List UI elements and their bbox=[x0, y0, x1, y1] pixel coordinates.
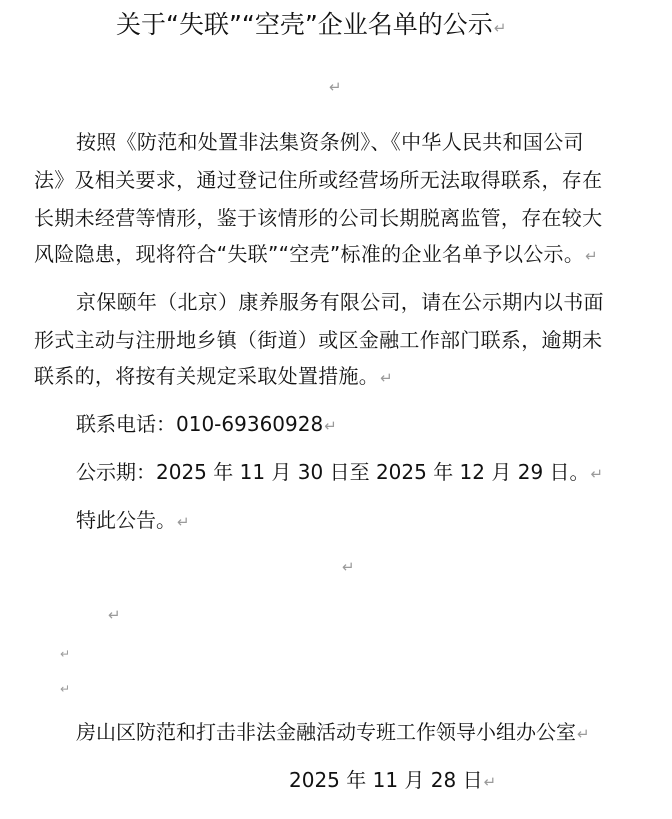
company-line-3: 联系的，将按有关规定采取处置措施。↵ bbox=[34, 364, 393, 390]
closing-text: 特此公告。↵ bbox=[76, 508, 190, 534]
intro-line-1: 按照《防范和处置非法集资条例》、《中华人民共和国公司 bbox=[76, 130, 584, 154]
paragraph-mark-icon: ↵ bbox=[591, 465, 604, 483]
date-text: 2025 年 11 月 28 日 bbox=[289, 768, 483, 792]
notice-period: 公示期：2025 年 11 月 30 日至 2025 年 12 月 29 日。↵ bbox=[76, 460, 603, 486]
paragraph-mark-icon: ↵ bbox=[380, 369, 393, 387]
intro-line-4: 风险隐患，现将符合“失联”“空壳”标准的企业名单予以公示。↵ bbox=[34, 242, 598, 268]
contact-phone: 联系电话：010-69360928↵ bbox=[76, 412, 337, 438]
paragraph-mark-icon: ↵ bbox=[324, 417, 337, 435]
office-text: 房山区防范和打击非法金融活动专班工作领导小组办公室 bbox=[76, 720, 576, 744]
paragraph-mark-icon: ↵ bbox=[484, 773, 497, 791]
period-text: 公示期：2025 年 11 月 30 日至 2025 年 12 月 29 日。 bbox=[76, 460, 590, 484]
title-text: 关于“失联”“空壳”企业名单的公示 bbox=[116, 10, 493, 39]
paragraph-mark-icon: ↵ bbox=[577, 725, 590, 743]
signature-office: 房山区防范和打击非法金融活动专班工作领导小组办公室↵ bbox=[76, 720, 590, 746]
company-line-2: 形式主动与注册地乡镇（街道）或区金融工作部门联系，逾期未 bbox=[34, 328, 602, 352]
intro-line-3: 长期未经营等情形，鉴于该情形的公司长期脱离监管，存在较大 bbox=[34, 206, 602, 230]
paragraph-mark-icon: ↵ bbox=[60, 682, 70, 696]
company-line-1: 京保颐年（北京）康养服务有限公司，请在公示期内以书面 bbox=[76, 290, 604, 314]
paragraph-mark-icon: ↵ bbox=[342, 558, 355, 576]
paragraph-mark-icon: ↵ bbox=[108, 606, 121, 624]
document-title: 关于“失联”“空壳”企业名单的公示↵ bbox=[116, 10, 506, 43]
signature-date: 2025 年 11 月 28 日↵ bbox=[289, 768, 496, 794]
intro-line-2: 法》及相关要求，通过登记住所或经营场所无法取得联系，存在 bbox=[34, 168, 602, 192]
paragraph-mark-icon: ↵ bbox=[329, 78, 342, 96]
paragraph-mark-icon: ↵ bbox=[60, 647, 70, 661]
paragraph-mark-icon: ↵ bbox=[177, 513, 190, 531]
paragraph-mark-icon: ↵ bbox=[494, 19, 507, 37]
intro-line-4-text: 风险隐患，现将符合“失联”“空壳”标准的企业名单予以公示。 bbox=[34, 242, 584, 266]
paragraph-mark-icon: ↵ bbox=[585, 247, 598, 265]
company-line-3-text: 联系的，将按有关规定采取处置措施。 bbox=[34, 364, 379, 388]
closing-text-content: 特此公告。 bbox=[76, 508, 176, 532]
phone-text: 联系电话：010-69360928 bbox=[76, 412, 323, 436]
